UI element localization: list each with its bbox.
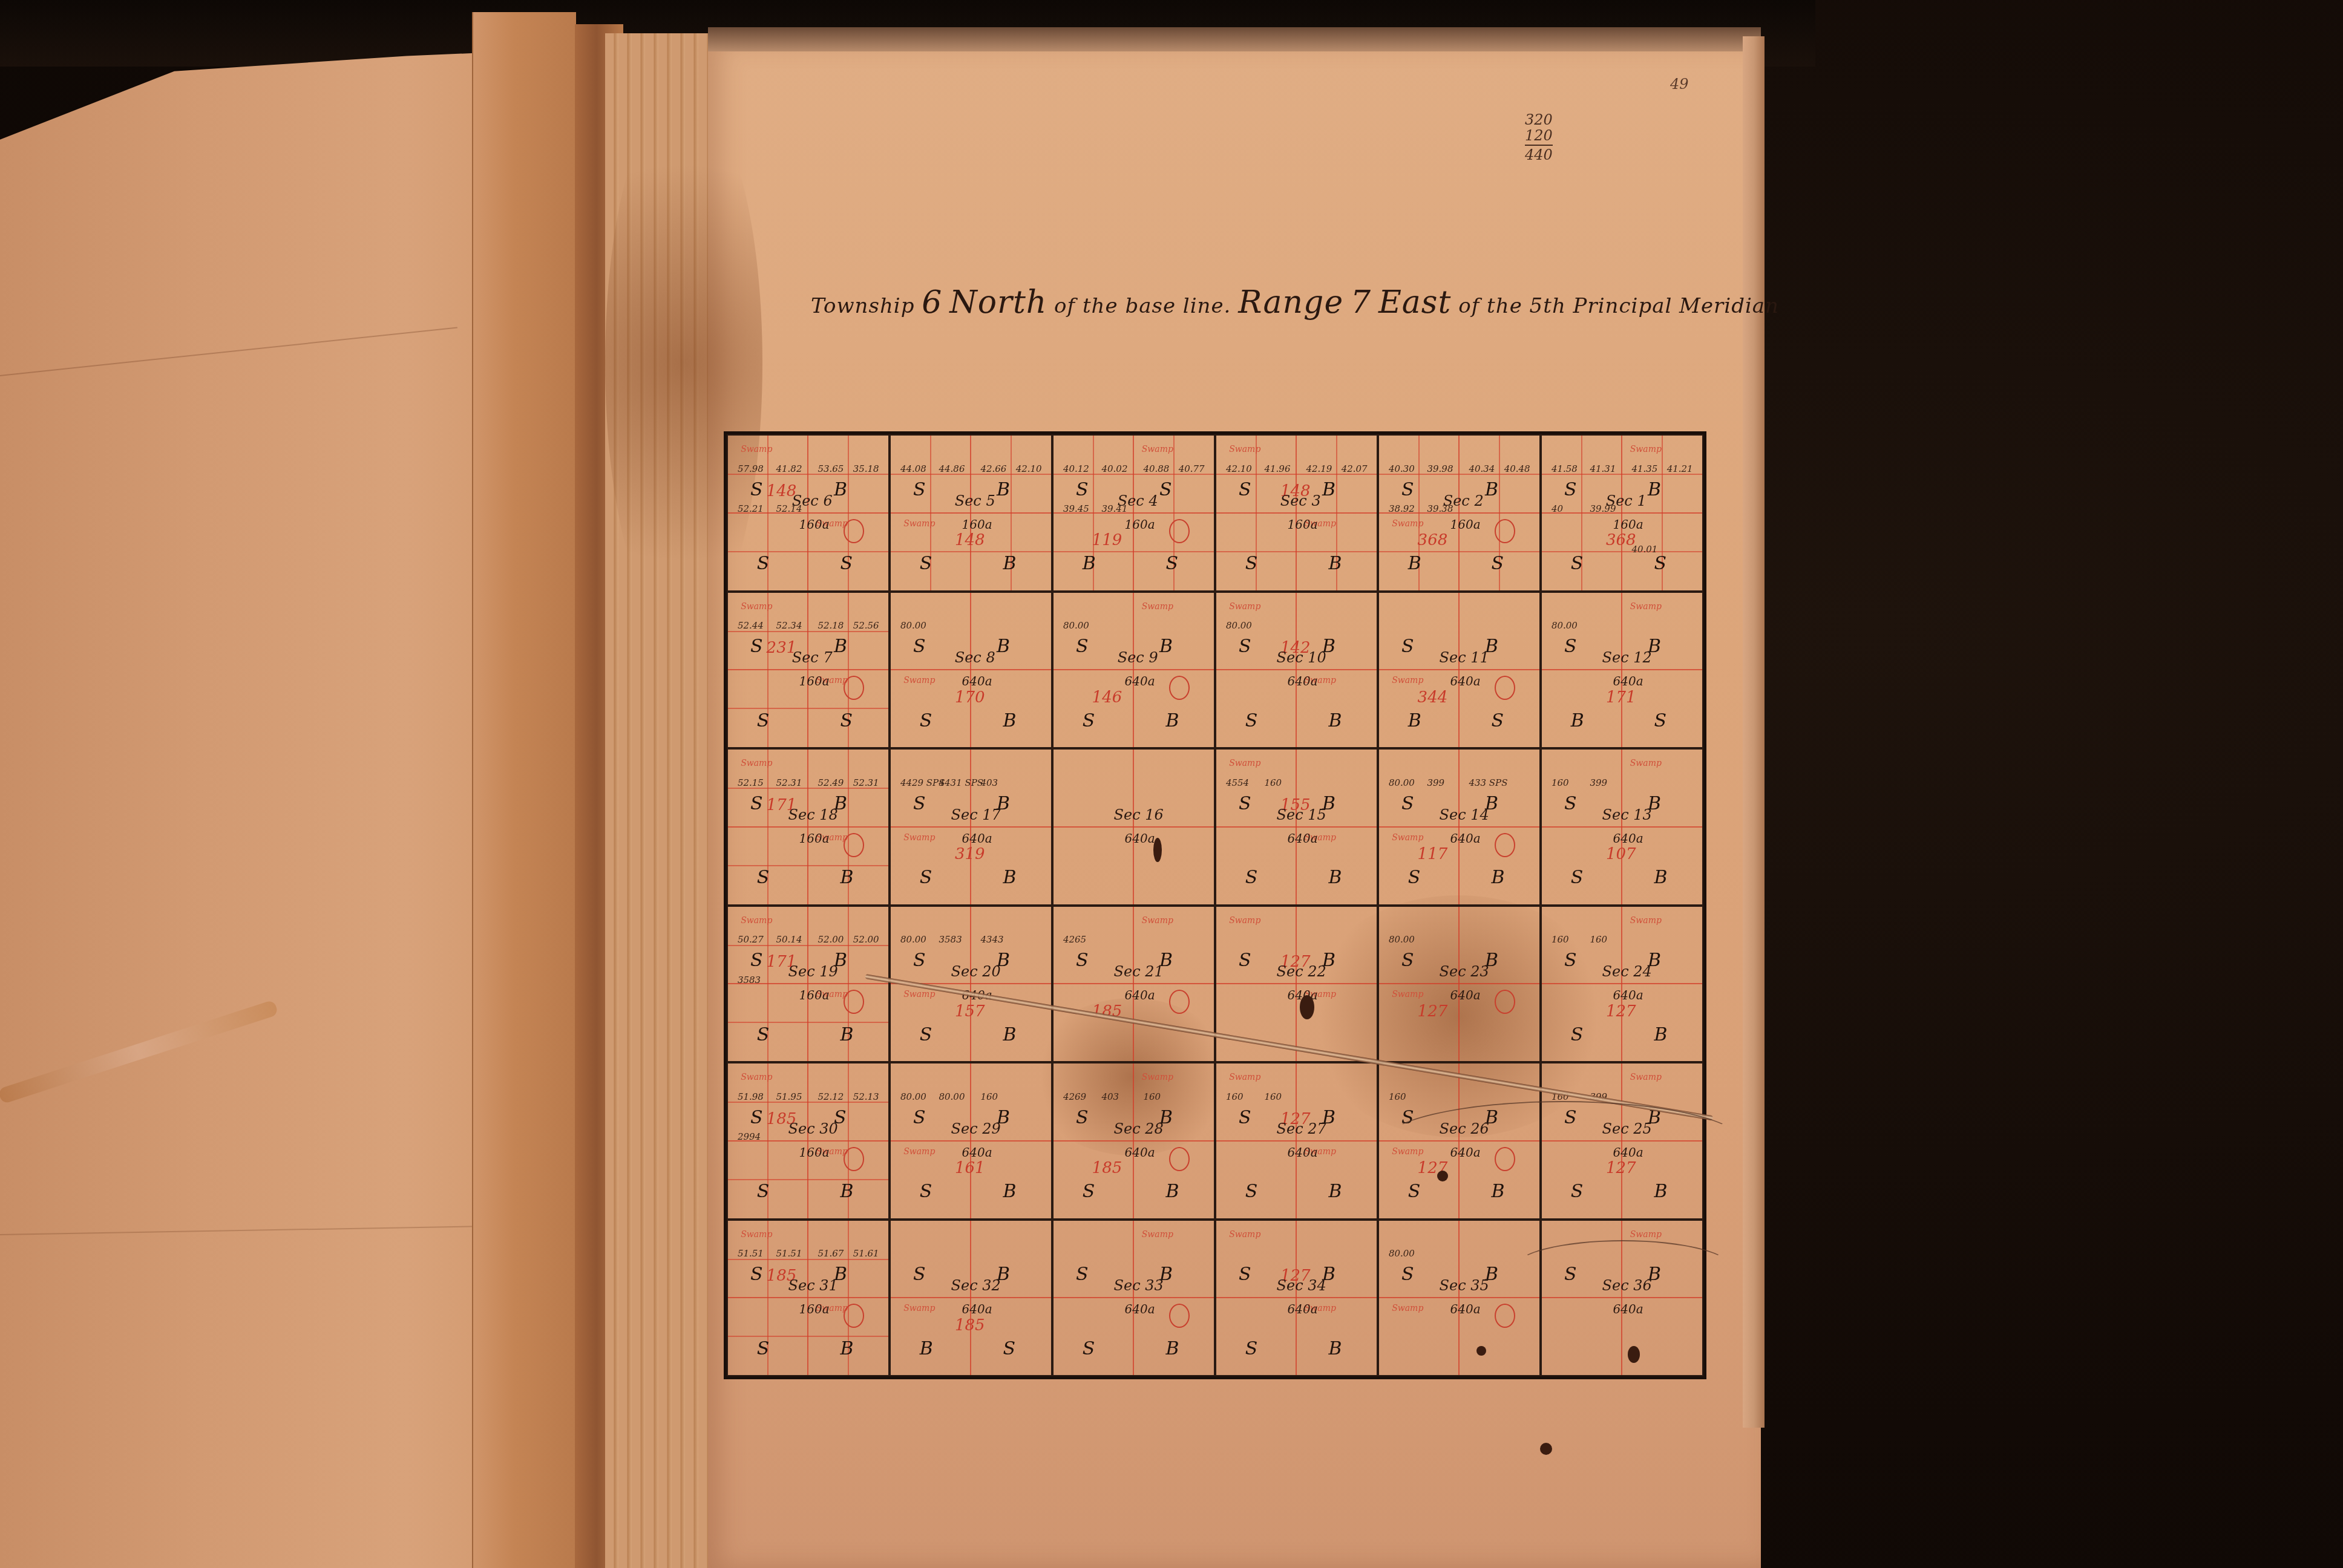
lot-acreage: 80.00 xyxy=(900,1091,926,1102)
lot-acreage: 4429 SPS xyxy=(900,777,945,788)
red-annotation-number: 146 xyxy=(1092,688,1122,707)
section-label: Sec 18 xyxy=(788,806,838,823)
swamp-label: Swamp xyxy=(1392,676,1423,685)
swamp-mark: S xyxy=(1239,793,1251,814)
swamp-label: Swamp xyxy=(1392,833,1423,843)
red-annotation-number: 368 xyxy=(1606,531,1636,549)
swamp-label: Swamp xyxy=(903,1147,935,1157)
section-acreage: 640a xyxy=(1613,674,1643,688)
section-29: Swamp80.0080.00160SBSB161Sec 29640a xyxy=(890,1062,1052,1220)
section-acreage: 640a xyxy=(1450,674,1480,688)
swamp-mark: S xyxy=(750,793,763,814)
section-1: Swamp41.5841.3141.3541.214039.9940.01SBS… xyxy=(1541,434,1703,592)
section-acreage: 160a xyxy=(799,517,829,532)
lot-acreage: 42.07 xyxy=(1342,463,1368,474)
b-mark: B xyxy=(1492,867,1505,888)
swamp-mark: S xyxy=(1239,950,1251,971)
swamp-label: Swamp xyxy=(903,1304,935,1313)
swamp-mark: S xyxy=(913,1264,926,1285)
swamp-label: Swamp xyxy=(1142,1230,1173,1240)
swamp-label: Swamp xyxy=(1142,602,1173,612)
lot-acreage: 51.61 xyxy=(853,1248,879,1259)
circled-minus-marker xyxy=(844,833,864,857)
lot-acreage: 41.35 xyxy=(1631,463,1657,474)
township-number: 6 xyxy=(922,284,942,321)
lot-acreage: 50.27 xyxy=(738,934,764,945)
range-number: 7 xyxy=(1351,284,1371,321)
b-mark: B xyxy=(920,1338,933,1359)
section-label: Sec 4 xyxy=(1118,492,1158,509)
section-6: SwampSwamp57.9841.8253.6535.1852.2152.14… xyxy=(727,434,890,592)
lot-acreage: 160 xyxy=(1552,777,1569,788)
swamp-label: Swamp xyxy=(1392,1304,1423,1313)
circled-minus-marker xyxy=(1169,676,1190,700)
section-label: Sec 21 xyxy=(1114,964,1164,981)
section-28: Swamp4269403160SBSB185Sec 28640a xyxy=(1052,1062,1215,1220)
swamp-label: Swamp xyxy=(903,676,935,685)
lot-acreage: 41.21 xyxy=(1667,463,1693,474)
section-11: SwampSBBS344Sec 11640a xyxy=(1378,592,1541,749)
lot-acreage: 39.98 xyxy=(1427,463,1453,474)
b-mark: B xyxy=(1003,553,1017,574)
red-annotation-number: 161 xyxy=(955,1159,985,1177)
circled-minus-marker xyxy=(1495,1304,1515,1328)
section-7: SwampSwamp52.4452.3452.1852.56SBSS231Sec… xyxy=(727,592,890,749)
section-acreage: 640a xyxy=(1124,674,1155,688)
swamp-mark: S xyxy=(913,1107,926,1128)
sum-line-2: 120 xyxy=(1525,128,1553,143)
section-label: Sec 34 xyxy=(1277,1278,1326,1295)
swamp-mark: S xyxy=(1076,950,1089,971)
lot-acreage: 40.30 xyxy=(1389,463,1415,474)
circled-minus-marker xyxy=(1495,990,1515,1014)
township-plat-grid: SwampSwamp57.9841.8253.6535.1852.2152.14… xyxy=(724,431,1706,1379)
lot-acreage: 42.10 xyxy=(1226,463,1252,474)
lot-acreage: 52.56 xyxy=(853,620,879,631)
swamp-mark: S xyxy=(757,1338,770,1359)
section-16: Sec 16640a xyxy=(1052,748,1215,906)
section-14: Swamp80.00399433 SPSSBSB117Sec 14640a xyxy=(1378,748,1541,906)
swamp-mark: S xyxy=(750,636,763,657)
lot-acreage: 4343 xyxy=(980,934,1003,945)
ink-blot xyxy=(1300,995,1314,1019)
section-acreage: 640a xyxy=(1613,988,1643,1002)
section-32: SwampSBBS185Sec 32640a xyxy=(890,1220,1052,1377)
section-label: Sec 33 xyxy=(1114,1278,1164,1295)
swamp-mark: S xyxy=(757,867,770,888)
circled-minus-marker xyxy=(844,990,864,1014)
lot-acreage: 4269 xyxy=(1063,1091,1086,1102)
title-range: Range xyxy=(1238,284,1343,321)
lot-acreage: 51.67 xyxy=(818,1248,844,1259)
section-label: Sec 2 xyxy=(1443,492,1484,509)
swamp-mark: S xyxy=(1239,1264,1251,1285)
swamp-mark: S xyxy=(1401,950,1414,971)
lot-acreage: 160 xyxy=(1265,777,1282,788)
section-label: Sec 3 xyxy=(1280,492,1321,509)
swamp-label: Swamp xyxy=(1392,990,1423,999)
swamp-mark: S xyxy=(1245,710,1258,731)
lot-acreage: 50.14 xyxy=(776,934,802,945)
swamp-mark: S xyxy=(1401,479,1414,500)
swamp-label: Swamp xyxy=(1630,445,1662,454)
b-mark: B xyxy=(1166,710,1179,731)
section-label: Sec 9 xyxy=(1118,650,1158,667)
lot-acreage: 51.51 xyxy=(776,1248,802,1259)
swamp-label: Swamp xyxy=(1229,602,1260,612)
b-mark: B xyxy=(1329,1338,1342,1359)
title-prefix: Township xyxy=(811,294,915,318)
b-mark: B xyxy=(1329,710,1342,731)
circled-minus-marker xyxy=(1169,990,1190,1014)
section-5: Swamp44.0844.8642.6642.10SBSB148Sec 5160… xyxy=(890,434,1052,592)
b-mark: B xyxy=(834,479,847,500)
swamp-label: Swamp xyxy=(903,519,935,529)
lot-acreage: 160 xyxy=(1143,1091,1161,1102)
lot-acreage: 80.00 xyxy=(900,934,926,945)
lot-acreage: 160 xyxy=(1552,934,1569,945)
lot-acreage: 52.31 xyxy=(776,777,802,788)
lot-acreage: 53.65 xyxy=(818,463,844,474)
lot-acreage: 42.10 xyxy=(1016,463,1042,474)
section-31: SwampSwamp51.5151.5151.6751.61SBSB185Sec… xyxy=(727,1220,890,1377)
swamp-mark: S xyxy=(1239,479,1251,500)
lot-acreage: 160 xyxy=(1389,1091,1406,1102)
section-acreage: 640a xyxy=(1124,831,1155,846)
red-annotation-number: 171 xyxy=(1606,688,1636,707)
section-15: SwampSwamp4554160SBSB155Sec 15640a xyxy=(1215,748,1378,906)
section-acreage: 160a xyxy=(799,1145,829,1160)
b-mark: B xyxy=(1083,553,1096,574)
swamp-mark: S xyxy=(1408,1181,1421,1202)
section-label: Sec 14 xyxy=(1440,806,1489,823)
section-30: SwampSwamp51.9851.9552.1252.132994SSSB18… xyxy=(727,1062,890,1220)
lot-acreage: 4265 xyxy=(1063,934,1086,945)
section-12: Swamp80.00SBBS171Sec 12640a xyxy=(1541,592,1703,749)
red-annotation-number: 368 xyxy=(1418,531,1448,549)
spine-strip xyxy=(472,12,576,1568)
section-acreage: 640a xyxy=(1287,1302,1317,1316)
swamp-label: Swamp xyxy=(1630,759,1662,768)
section-label: Sec 12 xyxy=(1602,650,1652,667)
lot-acreage: 41.58 xyxy=(1552,463,1578,474)
swamp-label: Swamp xyxy=(1142,445,1173,454)
swamp-label: Swamp xyxy=(1142,1073,1173,1082)
b-mark: B xyxy=(1654,1024,1668,1045)
swamp-mark: S xyxy=(1003,1338,1016,1359)
swamp-mark: S xyxy=(757,1181,770,1202)
swamp-mark: S xyxy=(1083,1338,1095,1359)
title-north: North xyxy=(949,284,1047,321)
b-mark: B xyxy=(1003,867,1017,888)
edge-page-number: 49 xyxy=(1670,76,1689,93)
lot-acreage: 160 xyxy=(1226,1091,1244,1102)
circled-minus-marker xyxy=(844,1304,864,1328)
b-mark: B xyxy=(841,1024,854,1045)
section-27: SwampSwamp160160SBSB127Sec 27640a xyxy=(1215,1062,1378,1220)
lot-acreage: 3583 xyxy=(939,934,962,945)
b-mark: B xyxy=(841,867,854,888)
swamp-mark: S xyxy=(1492,553,1504,574)
b-mark: B xyxy=(997,636,1010,657)
swamp-label: Swamp xyxy=(741,916,772,926)
section-label: Sec 10 xyxy=(1277,650,1326,667)
lot-acreage: 41.96 xyxy=(1265,463,1291,474)
section-acreage: 160a xyxy=(1287,517,1317,532)
b-mark: B xyxy=(1648,479,1661,500)
section-label: Sec 6 xyxy=(792,492,833,509)
section-8: Swamp80.00SBSB170Sec 8640a xyxy=(890,592,1052,749)
lot-acreage: 51.95 xyxy=(776,1091,802,1102)
lot-acreage: 52.18 xyxy=(818,620,844,631)
swamp-mark: S xyxy=(920,710,932,731)
swamp-label: Swamp xyxy=(1630,1073,1662,1082)
b-mark: B xyxy=(841,1338,854,1359)
swamp-mark: S xyxy=(1076,479,1089,500)
lot-acreage: 44.86 xyxy=(939,463,965,474)
red-annotation-number: 319 xyxy=(955,845,985,863)
swamp-label: Swamp xyxy=(1630,1230,1662,1240)
red-annotation-number: 344 xyxy=(1418,688,1448,707)
swamp-mark: S xyxy=(841,553,853,574)
circled-minus-marker xyxy=(1169,519,1190,543)
swamp-mark: S xyxy=(1166,553,1179,574)
lot-acreage: 44.08 xyxy=(900,463,926,474)
section-acreage: 160a xyxy=(799,988,829,1002)
section-label: Sec 29 xyxy=(951,1120,1001,1137)
section-acreage: 160a xyxy=(1613,517,1643,532)
swamp-mark: S xyxy=(757,1024,770,1045)
lot-acreage: 52.44 xyxy=(738,620,764,631)
swamp-mark: S xyxy=(1245,553,1258,574)
sum-total: 440 xyxy=(1525,145,1553,163)
page-fold-line-lower xyxy=(0,1224,545,1235)
section-label: Sec 1 xyxy=(1606,492,1647,509)
lot-acreage: 40.34 xyxy=(1469,463,1495,474)
section-acreage: 640a xyxy=(1287,1145,1317,1160)
lot-acreage: 403 xyxy=(980,777,998,788)
section-17: Swamp4429 SPS4431 SPS403SBSB319Sec 17640… xyxy=(890,748,1052,906)
swamp-label: Swamp xyxy=(1630,916,1662,926)
section-13: Swamp160399SBSB107Sec 13640a xyxy=(1541,748,1703,906)
lot-acreage: 40.12 xyxy=(1063,463,1089,474)
red-annotation-number: 157 xyxy=(955,1002,985,1021)
section-acreage: 640a xyxy=(1613,1302,1643,1316)
section-label: Sec 30 xyxy=(788,1120,838,1137)
section-acreage: 640a xyxy=(962,1145,992,1160)
section-label: Sec 13 xyxy=(1602,806,1652,823)
stream-line xyxy=(1513,1240,1733,1297)
lot-acreage: 80.00 xyxy=(1063,620,1089,631)
section-label: Sec 27 xyxy=(1277,1120,1326,1137)
red-annotation-number: 170 xyxy=(955,688,985,707)
swamp-mark: S xyxy=(1245,1338,1258,1359)
section-10: SwampSwamp80.00SBSB142Sec 10640a xyxy=(1215,592,1378,749)
section-label: Sec 19 xyxy=(788,964,838,981)
section-3: SwampSwamp42.1041.9642.1942.07SBSB148Sec… xyxy=(1215,434,1378,592)
circled-minus-marker xyxy=(1169,1147,1190,1171)
lot-acreage: 2994 xyxy=(738,1131,761,1142)
swamp-label: Swamp xyxy=(1142,916,1173,926)
section-label: Sec 7 xyxy=(792,650,833,667)
swamp-mark: S xyxy=(1076,1107,1089,1128)
swamp-mark: S xyxy=(920,1024,932,1045)
lot-acreage: 52.15 xyxy=(738,777,764,788)
swamp-label: Swamp xyxy=(741,445,772,454)
swamp-mark: S xyxy=(920,1181,932,1202)
swamp-mark: S xyxy=(1564,636,1577,657)
section-24: Swamp160160SBSB127Sec 24640a xyxy=(1541,906,1703,1063)
red-annotation-number: 185 xyxy=(1092,1159,1122,1177)
lot-acreage: 38.92 xyxy=(1389,503,1415,514)
swamp-label: Swamp xyxy=(741,759,772,768)
b-mark: B xyxy=(1654,1181,1668,1202)
swamp-mark: S xyxy=(1083,1181,1095,1202)
swamp-mark: S xyxy=(1564,793,1577,814)
lot-acreage: 52.49 xyxy=(818,777,844,788)
swamp-label: Swamp xyxy=(1229,759,1260,768)
stream-line xyxy=(1380,1101,1745,1188)
section-label: Sec 28 xyxy=(1114,1120,1164,1137)
section-label: Sec 20 xyxy=(951,964,1001,981)
lot-acreage: 52.00 xyxy=(818,934,844,945)
lot-acreage: 3583 xyxy=(738,975,761,985)
section-35: Swamp80.00SBSec 35640a xyxy=(1378,1220,1541,1377)
swamp-mark: S xyxy=(1083,710,1095,731)
swamp-label: Swamp xyxy=(741,602,772,612)
b-mark: B xyxy=(1166,1338,1179,1359)
swamp-mark: S xyxy=(1564,479,1577,500)
ink-blot xyxy=(1437,1171,1448,1181)
b-mark: B xyxy=(1408,710,1421,731)
lot-acreage: 40.88 xyxy=(1143,463,1169,474)
lot-acreage: 433 SPS xyxy=(1469,777,1507,788)
swamp-label: Swamp xyxy=(1229,1230,1260,1240)
section-acreage: 160a xyxy=(1450,517,1480,532)
circled-minus-marker xyxy=(1495,833,1515,857)
red-annotation-number: 107 xyxy=(1606,845,1636,863)
swamp-mark: S xyxy=(1401,793,1414,814)
lot-acreage: 39.45 xyxy=(1063,503,1089,514)
swamp-mark: S xyxy=(750,1107,763,1128)
section-acreage: 640a xyxy=(1287,831,1317,846)
title-base-line: of the base line. xyxy=(1054,294,1231,318)
red-annotation-number: 148 xyxy=(955,531,985,549)
red-annotation-number: 185 xyxy=(955,1316,985,1334)
section-acreage: 640a xyxy=(1613,831,1643,846)
swamp-mark: S xyxy=(1245,867,1258,888)
swamp-label: Swamp xyxy=(1229,445,1260,454)
section-acreage: 160a xyxy=(799,831,829,846)
section-acreage: 160a xyxy=(1124,517,1155,532)
swamp-mark: S xyxy=(1401,1264,1414,1285)
title-east: East xyxy=(1378,284,1452,321)
b-mark: B xyxy=(1408,553,1421,574)
lot-acreage: 40.02 xyxy=(1102,463,1128,474)
lot-acreage: 399 xyxy=(1590,777,1608,788)
right-page-edges xyxy=(1743,36,1765,1428)
swamp-mark: S xyxy=(1654,710,1667,731)
section-acreage: 640a xyxy=(1450,988,1480,1002)
corner-sum-note: 320 120 440 xyxy=(1525,112,1553,163)
swamp-mark: S xyxy=(841,710,853,731)
swamp-label: Swamp xyxy=(741,1073,772,1082)
section-acreage: 640a xyxy=(1450,1302,1480,1316)
lot-acreage: 51.98 xyxy=(738,1091,764,1102)
lot-acreage: 403 xyxy=(1102,1091,1119,1102)
lot-acreage: 52.00 xyxy=(853,934,879,945)
section-label: Sec 17 xyxy=(951,806,1001,823)
red-annotation-number: 127 xyxy=(1418,1002,1448,1021)
swamp-label: Swamp xyxy=(903,990,935,999)
b-mark: B xyxy=(834,636,847,657)
ink-blot xyxy=(1540,1443,1552,1455)
section-23: Swamp80.00SB127Sec 23640a xyxy=(1378,906,1541,1063)
swamp-mark: S xyxy=(1654,553,1667,574)
swamp-mark: S xyxy=(913,636,926,657)
sum-line-1: 320 xyxy=(1525,112,1553,128)
section-label: Sec 11 xyxy=(1440,650,1489,667)
lot-acreage: 52.31 xyxy=(853,777,879,788)
b-mark: B xyxy=(1003,1181,1017,1202)
circled-minus-marker xyxy=(1495,676,1515,700)
swamp-mark: S xyxy=(1571,553,1584,574)
lot-acreage: 80.00 xyxy=(939,1091,965,1102)
section-21: Swamp4265SB185Sec 21640a xyxy=(1052,906,1215,1063)
swamp-label: Swamp xyxy=(741,1230,772,1240)
b-mark: B xyxy=(1003,1024,1017,1045)
swamp-label: Swamp xyxy=(1630,602,1662,612)
lot-acreage: 40.77 xyxy=(1179,463,1205,474)
circled-minus-marker xyxy=(1495,519,1515,543)
lot-acreage: 41.31 xyxy=(1590,463,1616,474)
swamp-mark: S xyxy=(1571,867,1584,888)
title-meridian: of the 5th Principal Meridian xyxy=(1458,294,1779,318)
b-mark: B xyxy=(1571,710,1584,731)
section-label: Sec 16 xyxy=(1114,806,1164,823)
b-mark: B xyxy=(1003,710,1017,731)
b-mark: B xyxy=(1485,479,1498,500)
section-acreage: 160a xyxy=(962,517,992,532)
plat-title: Township 6 North of the base line. Range… xyxy=(811,284,1507,321)
section-33: SwampSBSBSec 33640a xyxy=(1052,1220,1215,1377)
lot-acreage: 4431 SPS xyxy=(939,777,984,788)
swamp-mark: S xyxy=(1564,950,1577,971)
swamp-label: Swamp xyxy=(1229,916,1260,926)
b-mark: B xyxy=(1329,553,1342,574)
red-annotation-number: 127 xyxy=(1606,1002,1636,1021)
lot-acreage: 80.00 xyxy=(1552,620,1578,631)
lot-acreage: 160 xyxy=(980,1091,998,1102)
page-tear xyxy=(0,999,279,1104)
b-mark: B xyxy=(997,479,1010,500)
swamp-mark: S xyxy=(913,793,926,814)
lot-acreage: 80.00 xyxy=(1226,620,1252,631)
swamp-mark: S xyxy=(913,479,926,500)
swamp-mark: S xyxy=(1492,710,1504,731)
swamp-mark: S xyxy=(750,950,763,971)
section-label: Sec 22 xyxy=(1277,964,1326,981)
lot-acreage: 160 xyxy=(1265,1091,1282,1102)
ink-blot xyxy=(1628,1346,1640,1363)
section-label: Sec 23 xyxy=(1440,964,1489,981)
section-9: Swamp80.00SBSB146Sec 9640a xyxy=(1052,592,1215,749)
ink-blot xyxy=(1476,1346,1486,1356)
b-mark: B xyxy=(1159,636,1173,657)
section-label: Sec 15 xyxy=(1277,806,1326,823)
lot-acreage: 35.18 xyxy=(853,463,879,474)
swamp-mark: S xyxy=(750,479,763,500)
